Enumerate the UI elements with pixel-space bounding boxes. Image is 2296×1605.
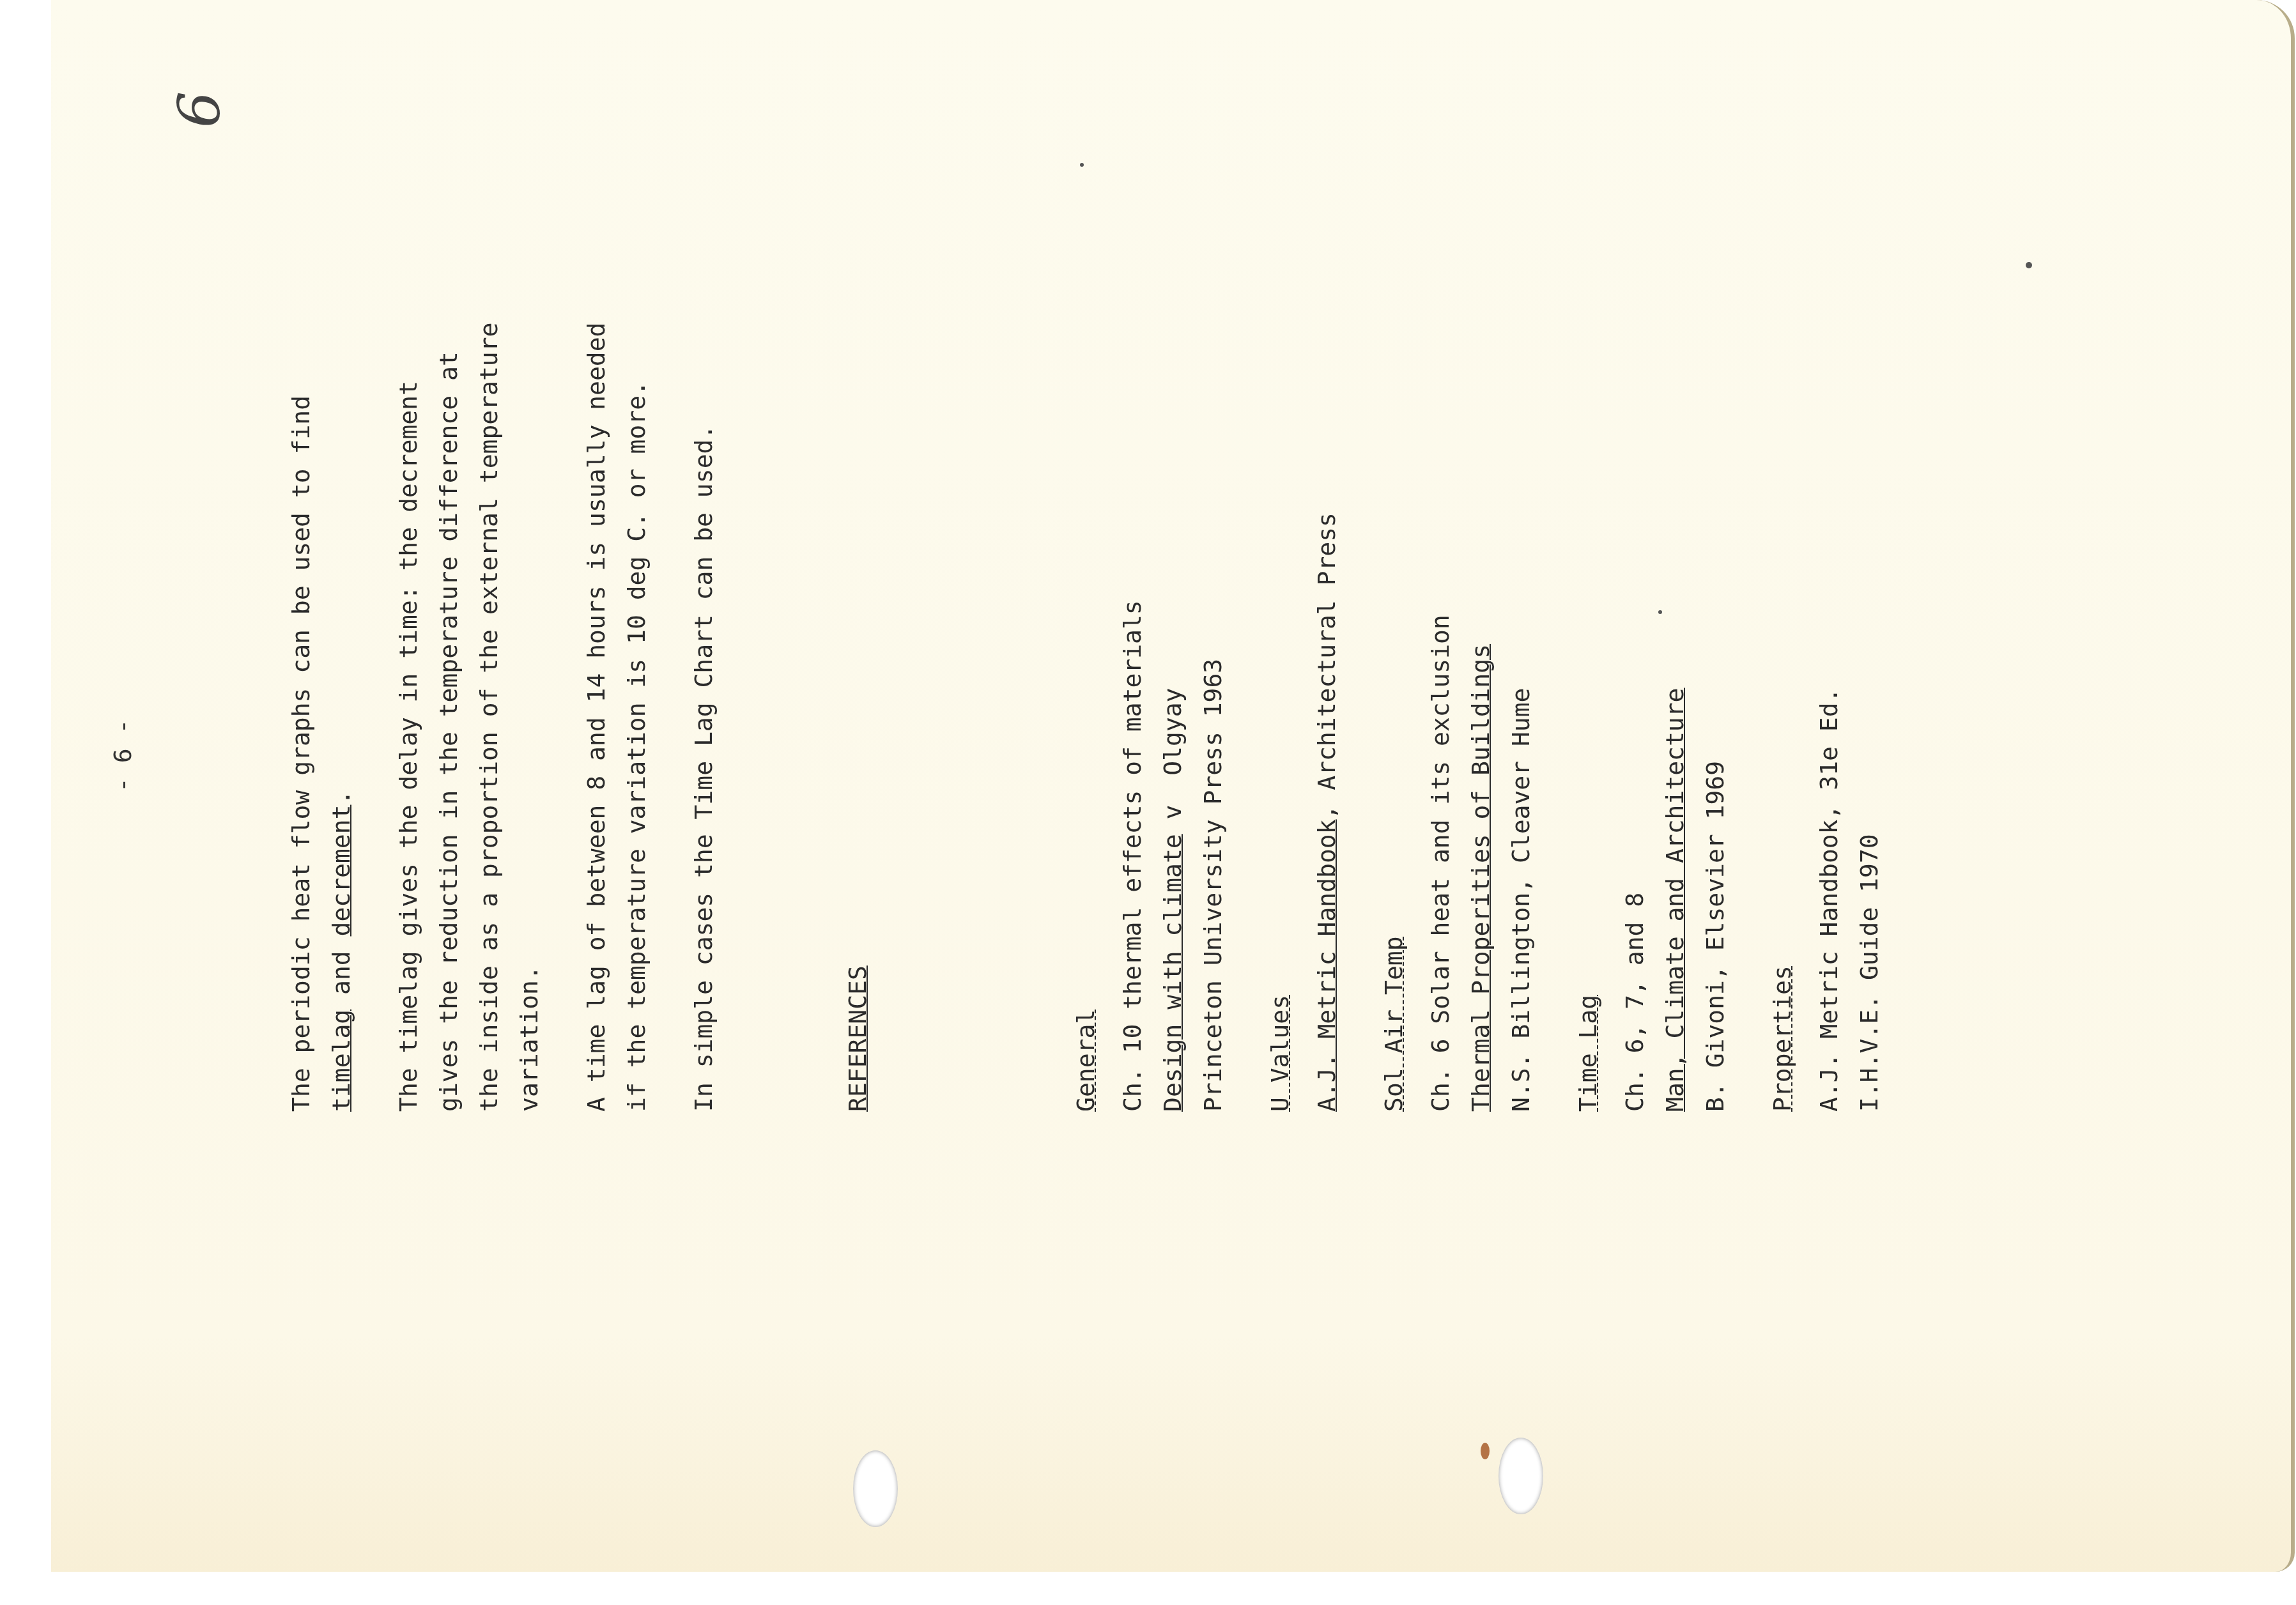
speck xyxy=(1080,163,1084,167)
text-segment: A time lag of between 8 and 14 hours is … xyxy=(582,323,610,1112)
reference-line: I.H.V.E. Guide 1970 xyxy=(1849,26,1890,1112)
underlined-text: decrement xyxy=(327,805,355,937)
reference-heading: Properties xyxy=(1762,26,1803,1112)
reference-line: Ch. 6, 7, and 8 xyxy=(1615,26,1655,1112)
paragraph: The timelag gives the delay in time: the… xyxy=(389,26,550,1112)
underlined-text: Design with climate xyxy=(1159,834,1187,1112)
reference-line: Ch. 10 thermal effects of materials xyxy=(1113,26,1153,1112)
paragraph: A time lag of between 8 and 14 hours is … xyxy=(576,26,657,1112)
reference-section: U ValuesA.J. Metric Handbook, Architectu… xyxy=(1260,26,1347,1112)
text-segment: A.J. Metric Handbook, 31e Ed. xyxy=(1815,688,1843,1112)
reference-section: Time LagCh. 6, 7, and 8Man, Climate and … xyxy=(1568,26,1736,1112)
reference-section: GeneralCh. 10 thermal effects of materia… xyxy=(1066,26,1233,1112)
paragraph: The periodic heat flow graphs can be use… xyxy=(281,26,362,1112)
text-segment: if the temperature variation is 10 deg C… xyxy=(622,381,651,1112)
reference-line: A.J. Metric Handbook, 31e Ed. xyxy=(1809,26,1849,1112)
page-number: - 6 - xyxy=(109,719,137,792)
references-title: REFERENCES xyxy=(838,26,878,1112)
handwritten-page-mark: 6 xyxy=(166,91,233,128)
underlined-text: Thermal Properities of Buildings xyxy=(1467,644,1495,1112)
text-line: timelag and decrement. xyxy=(321,26,362,1112)
text-segment: variation. xyxy=(515,965,543,1112)
text-segment: The timelag gives the delay in time: the… xyxy=(394,381,422,1112)
underlined-text: timelag xyxy=(327,1010,355,1112)
reference-section: PropertiesA.J. Metric Handbook, 31e Ed.I… xyxy=(1762,26,1890,1112)
text-line: The periodic heat flow graphs can be use… xyxy=(281,26,321,1112)
text-segment: Princeton University Press 1963 xyxy=(1199,659,1227,1112)
rust-stain xyxy=(1481,1443,1490,1459)
text-line: The timelag gives the delay in time: the… xyxy=(389,26,429,1112)
speck xyxy=(1658,610,1662,614)
text-line: gives the reduction in the temperature d… xyxy=(429,26,469,1112)
underlined-text: Man, Climate and Architecture xyxy=(1661,688,1689,1112)
text-line: the inside as a proportion of the extern… xyxy=(469,26,509,1112)
text-line: variation. xyxy=(509,26,550,1112)
reference-heading: General xyxy=(1066,26,1106,1112)
reference-sections: GeneralCh. 10 thermal effects of materia… xyxy=(1066,26,1890,1112)
text-line: A time lag of between 8 and 14 hours is … xyxy=(576,26,617,1112)
reference-heading: Time Lag xyxy=(1568,26,1608,1112)
text-segment: B. Givoni, Elsevier 1969 xyxy=(1701,761,1729,1112)
reference-line: Thermal Properities of Buildings xyxy=(1461,26,1501,1112)
reference-line: Princeton University Press 1963 xyxy=(1193,26,1233,1112)
paragraph: In simple cases the Time Lag Chart can b… xyxy=(684,26,724,1112)
reference-heading: U Values xyxy=(1260,26,1300,1112)
reference-line: B. Givoni, Elsevier 1969 xyxy=(1695,26,1736,1112)
body-text: The periodic heat flow graphs can be use… xyxy=(281,26,751,1112)
text-segment: Ch. 6, 7, and 8 xyxy=(1621,893,1649,1112)
text-line: In simple cases the Time Lag Chart can b… xyxy=(684,26,724,1112)
reference-line: Man, Climate and Architecture xyxy=(1655,26,1695,1112)
underlined-text: A.J. Metric Handbook xyxy=(1313,819,1341,1112)
text-segment: I.H.V.E. Guide 1970 xyxy=(1855,834,1883,1112)
reference-line: N.S. Billington, Cleaver Hume xyxy=(1501,26,1541,1112)
reference-heading: Sol Air Temp xyxy=(1374,26,1414,1112)
text-segment: N.S. Billington, Cleaver Hume xyxy=(1507,688,1535,1112)
references-section: REFERENCES GeneralCh. 10 thermal effects… xyxy=(757,26,1997,1112)
text-segment: v Olgyay xyxy=(1159,688,1187,834)
reference-section: Sol Air TempCh. 6 Solar heat and its exc… xyxy=(1374,26,1541,1112)
text-segment: gives the reduction in the temperature d… xyxy=(435,351,463,1112)
punch-hole xyxy=(853,1450,898,1527)
reference-line: A.J. Metric Handbook, Architectural Pres… xyxy=(1307,26,1347,1112)
text-segment: Ch. 10 thermal effects of materials xyxy=(1118,600,1146,1112)
text-segment: In simple cases the Time Lag Chart can b… xyxy=(690,425,718,1112)
text-segment: and xyxy=(327,936,355,1009)
text-segment: . xyxy=(327,790,355,805)
reference-line: Ch. 6 Solar heat and its exclusion xyxy=(1421,26,1461,1112)
punch-hole xyxy=(1499,1438,1543,1514)
text-segment: , Architectural Press xyxy=(1313,512,1341,819)
text-segment: the inside as a proportion of the extern… xyxy=(475,323,503,1112)
reference-line: Design with climate v Olgyay xyxy=(1153,26,1193,1112)
speck xyxy=(2026,262,2032,268)
text-line: if the temperature variation is 10 deg C… xyxy=(617,26,657,1112)
text-segment: Ch. 6 Solar heat and its exclusion xyxy=(1426,615,1454,1112)
text-segment: The periodic heat flow graphs can be use… xyxy=(287,395,315,1112)
scanned-page: 6 - 6 - The periodic heat flow graphs ca… xyxy=(51,0,2295,1572)
